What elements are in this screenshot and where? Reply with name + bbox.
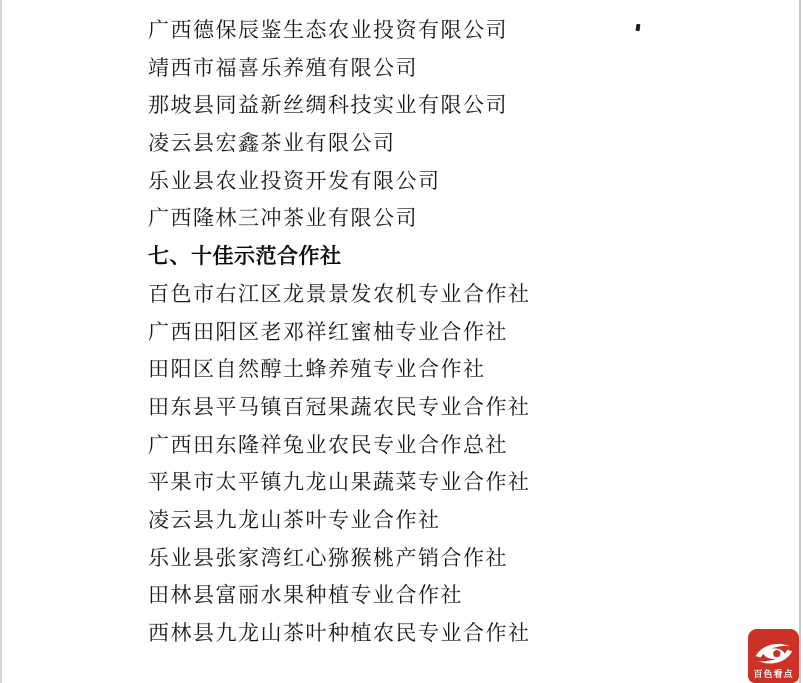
company-line: 广西田东隆祥兔业农民专业合作总社 <box>148 427 531 465</box>
company-line: 凌云县九龙山茶叶专业合作社 <box>148 502 531 540</box>
watermark-label: 百色看点 <box>753 669 793 680</box>
company-line: 平果市太平镇九龙山果蔬菜专业合作社 <box>148 464 531 502</box>
company-line: 田阳区自然醇土蜂养殖专业合作社 <box>148 351 531 389</box>
company-line: 广西田阳区老邓祥红蜜柚专业合作社 <box>148 314 531 352</box>
company-line: 田东县平马镇百冠果蔬农民专业合作社 <box>148 389 531 427</box>
company-line: 乐业县农业投资开发有限公司 <box>148 163 531 201</box>
company-line: 那坡县同益新丝绸科技实业有限公司 <box>148 87 531 125</box>
page-right-edge-line <box>799 0 801 683</box>
scan-artifact-speck <box>636 24 641 31</box>
watermark-badge: 百色看点 <box>748 629 799 683</box>
company-line: 靖西市福喜乐养殖有限公司 <box>148 50 531 88</box>
company-line: 西林县九龙山茶叶种植农民专业合作社 <box>148 615 531 653</box>
page-left-edge-line <box>0 0 2 683</box>
company-line: 广西德保辰鉴生态农业投资有限公司 <box>148 12 531 50</box>
scanned-document-page: 广西德保辰鉴生态农业投资有限公司靖西市福喜乐养殖有限公司那坡县同益新丝绸科技实业… <box>0 0 803 683</box>
document-lines: 广西德保辰鉴生态农业投资有限公司靖西市福喜乐养殖有限公司那坡县同益新丝绸科技实业… <box>148 12 531 653</box>
company-line: 田林县富丽水果种植专业合作社 <box>148 577 531 615</box>
company-line: 百色市右江区龙景景发农机专业合作社 <box>148 276 531 314</box>
company-line: 凌云县宏鑫茶业有限公司 <box>148 125 531 163</box>
section-heading: 七、十佳示范合作社 <box>148 238 531 276</box>
company-line: 广西隆林三冲茶业有限公司 <box>148 200 531 238</box>
company-line: 乐业县张家湾红心猕猴桃产销合作社 <box>148 540 531 578</box>
swirl-eye-icon <box>752 640 796 668</box>
